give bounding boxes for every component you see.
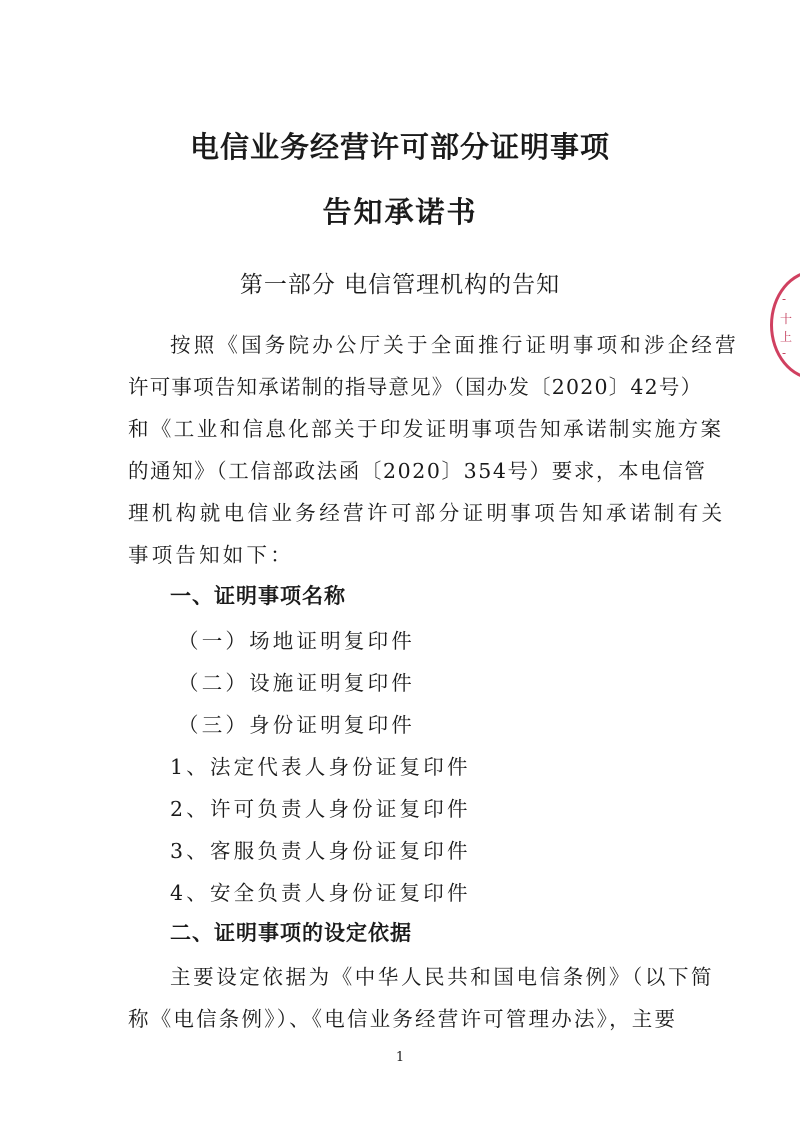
section-heading: 第一部分 电信管理机构的告知 (0, 266, 800, 299)
intro-line-2: 许可事项告知承诺制的指导意见》（国办发〔2020〕42号） (128, 370, 702, 400)
item-legal-rep-id: 1、法定代表人身份证复印件 (170, 750, 471, 780)
heading-certificate-items: 一、证明事项名称 (170, 580, 346, 610)
heading-legal-basis: 二、证明事项的设定依据 (170, 917, 412, 947)
item-facility-proof: （二）设施证明复印件 (178, 666, 415, 696)
item-service-manager-id: 3、客服负责人身份证复印件 (170, 834, 471, 864)
item-license-manager-id: 2、许可负责人身份证复印件 (170, 792, 471, 822)
intro-line-6: 事项告知如下： (128, 538, 294, 568)
seal-mark: 十 (780, 310, 792, 327)
document-title-line1: 电信业务经营许可部分证明事项 (0, 125, 800, 166)
seal-mark: 上 (780, 328, 792, 345)
page-number: 1 (0, 1050, 800, 1065)
seal-mark: - (782, 292, 786, 306)
intro-line-4: 的通知》（工信部政法函〔2020〕354号）要求，本电信管 (128, 454, 706, 484)
item-security-manager-id: 4、安全负责人身份证复印件 (170, 876, 471, 906)
intro-line-5: 理机构就电信业务经营许可部分证明事项告知承诺制有关 (128, 496, 726, 526)
basis-line-1: 主要设定依据为《中华人民共和国电信条例》（以下简 (170, 960, 714, 990)
document-title-line2: 告知承诺书 (0, 190, 800, 231)
item-identity-proof: （三）身份证明复印件 (178, 708, 415, 738)
basis-line-2: 称《电信条例》）、《电信业务经营许可管理办法》，主要 (128, 1002, 677, 1032)
intro-line-1: 按照《国务院办公厅关于全面推行证明事项和涉企经营 (170, 328, 739, 358)
document-page: 电信业务经营许可部分证明事项 告知承诺书 第一部分 电信管理机构的告知 按照《国… (0, 0, 800, 1127)
intro-line-3: 和《工业和信息化部关于印发证明事项告知承诺制实施方案 (128, 412, 723, 442)
seal-mark: - (782, 346, 786, 360)
item-venue-proof: （一）场地证明复印件 (178, 624, 415, 654)
